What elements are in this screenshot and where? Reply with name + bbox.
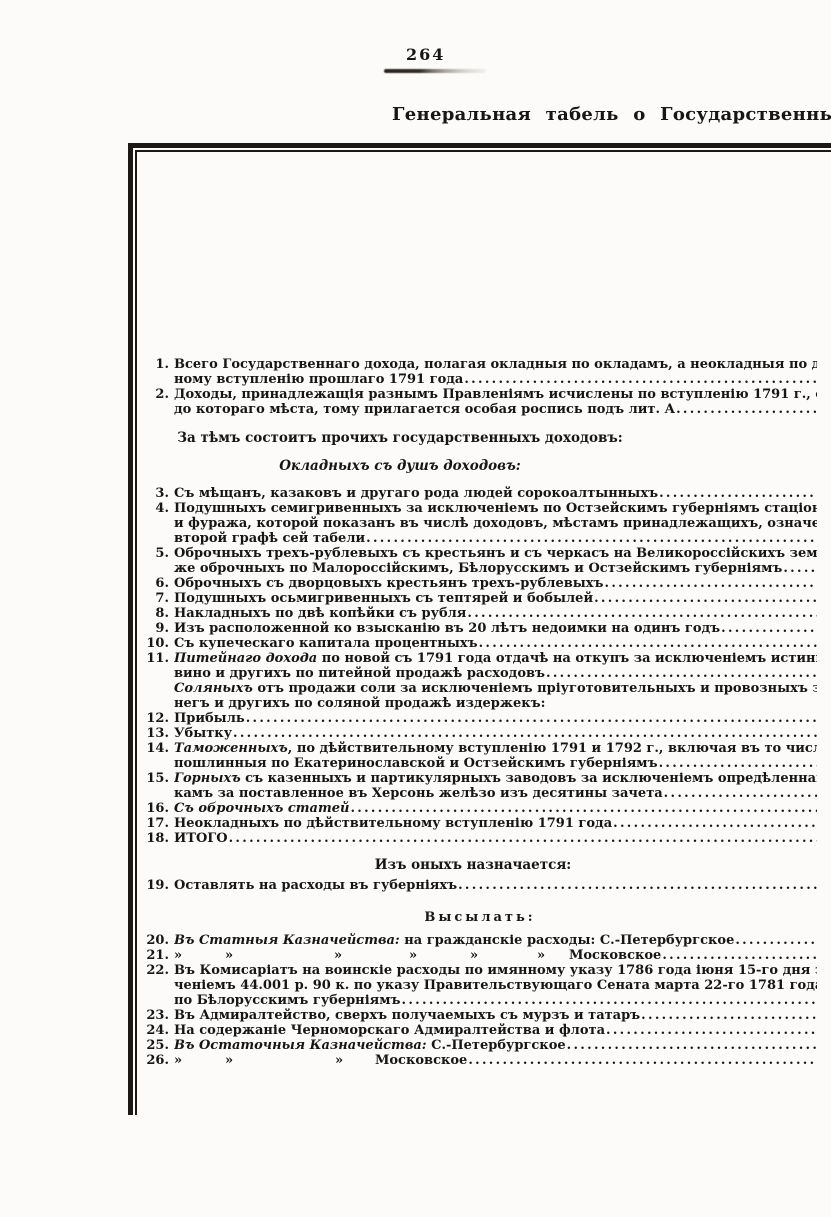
item-text: пошлинныя по Екатеринославской и Остзейс… (174, 756, 817, 771)
item-number (140, 681, 174, 696)
item-text-segment: Подушныхъ семигривенныхъ за исключеніемъ… (174, 501, 817, 516)
list-item: 10.Съ купеческаго капитала процентныхъ..… (140, 636, 817, 651)
item-line: 14.Таможенныхъ, по дѣйствительному вступ… (140, 741, 817, 756)
ditto-mark: » (225, 948, 233, 963)
item-number (140, 756, 174, 771)
item-text: камъ за поставленное въ Херсонь желѣзо и… (174, 786, 817, 801)
section-heading: Высылать: (220, 910, 740, 926)
item-text: Въ Адмиралтейство, сверхъ получаемыхъ съ… (174, 1008, 817, 1023)
item-line: по Бѣлорусскимъ губерніямъ..............… (140, 993, 817, 1008)
item-line: 13.Убытку...............................… (140, 726, 817, 741)
item-line: 17.Неокладныхъ по дѣйствительному вступл… (140, 816, 817, 831)
item-number (140, 561, 174, 576)
item-text-segment: , по дѣйствительному вступленію 1791 и 1… (288, 741, 817, 756)
dot-leader: ........................................… (641, 1008, 817, 1023)
item-line: камъ за поставленное въ Херсонь желѣзо и… (140, 786, 817, 801)
item-line: 9.Изъ расположенной ко взысканію въ 20 л… (140, 621, 817, 636)
item-text: Убытку..................................… (174, 726, 817, 741)
item-number (140, 372, 174, 387)
list-item: 11.Питейнаго дохода по новой съ 1791 год… (140, 651, 817, 711)
item-line: 3.Съ мѣщанъ, казаковъ и другаго рода люд… (140, 486, 817, 501)
item-text-segment: Оставлять на расходы въ губерніяхъ (174, 878, 457, 893)
list-item: 4.Подушныхъ семигривенныхъ за исключеніе… (140, 501, 817, 546)
section-heading: Изъ оныхъ назначается: (213, 857, 733, 874)
dot-leader: ........................................… (366, 531, 817, 546)
item-line: 26.»»»Московское........................… (140, 1053, 817, 1068)
item-number (140, 786, 174, 801)
item-number: 24. (140, 1023, 174, 1038)
list-item: 6.Оброчныхъ съ дворцовыхъ крестьянъ трех… (140, 576, 817, 591)
item-text-segment: Убытку (174, 726, 232, 741)
item-number: 19. (140, 878, 174, 893)
item-line: 15.Горныхъ съ казенныхъ и партикулярныхъ… (140, 771, 817, 786)
dot-leader: ........................................… (546, 666, 817, 681)
item-text: Накладныхъ по двѣ копѣйки съ рубля......… (174, 606, 817, 621)
ditto-mark: » (174, 948, 182, 963)
item-text: Всего Государственнаго дохода, полагая о… (174, 357, 817, 372)
item-text-segment: и фуража, которой показанъ въ числѣ дохо… (174, 516, 817, 531)
item-line: 23.Въ Адмиралтейство, сверхъ получаемыхъ… (140, 1008, 817, 1023)
dot-leader: ........................................… (735, 933, 817, 948)
item-number (140, 516, 174, 531)
item-text-segment: Московское (569, 948, 661, 963)
item-number: 3. (140, 486, 174, 501)
item-text-segment: камъ за поставленное въ Херсонь желѣзо и… (174, 786, 663, 801)
list-item: 14.Таможенныхъ, по дѣйствительному вступ… (140, 741, 817, 771)
item-line: до котораго мѣста, тому прилагается особ… (140, 402, 817, 417)
dot-leader: ........................................… (594, 591, 817, 606)
item-text-segment: же оброчныхъ по Малороссійскимъ, Бѣлорус… (174, 561, 782, 576)
item-text-segment: по Бѣлорусскимъ губерніямъ (174, 993, 401, 1008)
ditto-mark: » (335, 1053, 343, 1068)
item-line: 24.На содержаніе Черноморскаго Адмиралте… (140, 1023, 817, 1038)
item-text-segment: второй графѣ сей табели (174, 531, 365, 546)
item-text-segment: негъ и другихъ по соляной продажѣ издерж… (174, 696, 545, 711)
item-number: 6. (140, 576, 174, 591)
item-line: 21.»»»»»»Московское.....................… (140, 948, 817, 963)
item-number: 15. (140, 771, 174, 786)
item-text: Оброчныхъ трехъ-рублевыхъ съ крестьянъ и… (174, 546, 817, 561)
item-line: второй графѣ сей табели.................… (140, 531, 817, 546)
ditto-mark: » (470, 948, 478, 963)
item-text: Съ мѣщанъ, казаковъ и другаго рода людей… (174, 486, 817, 501)
item-line: ному вступленію прошлаго 1791 года......… (140, 372, 817, 387)
item-text-segment: Съ оброчныхъ статей (174, 801, 349, 816)
section-heading: За тѣмъ состоитъ прочихъ государственных… (140, 430, 660, 447)
item-text: же оброчныхъ по Малороссійскимъ, Бѣлорус… (174, 561, 817, 576)
item-number: 12. (140, 711, 174, 726)
document-title: Генеральная табель о Государственныхъ д (392, 104, 831, 125)
item-number (140, 993, 174, 1008)
item-text: Питейнаго дохода по новой съ 1791 года о… (174, 651, 817, 666)
item-text: ному вступленію прошлаго 1791 года......… (174, 372, 817, 387)
list-item: 7.Подушныхъ осьмигривенныхъ съ тептярей … (140, 591, 817, 606)
page-number-rule (384, 69, 486, 73)
item-text: Таможенныхъ, по дѣйствительному вступлен… (174, 741, 817, 756)
dot-leader: ........................................… (662, 948, 817, 963)
item-text-segment: на гражданскіе расходы: С.-Петербургское (400, 933, 735, 948)
item-line: 8.Накладныхъ по двѣ копѣйки съ рубля....… (140, 606, 817, 621)
item-number: 11. (140, 651, 174, 666)
item-text: Въ Комисаріатъ на воинскіе расходы по им… (174, 963, 817, 978)
ditto-mark: » (537, 948, 545, 963)
item-line: 2.Доходы, принадлежащія разнымъ Правлені… (140, 387, 817, 402)
item-text-segment: Съ купеческаго капитала процентныхъ (174, 636, 478, 651)
item-line: 6.Оброчныхъ съ дворцовыхъ крестьянъ трех… (140, 576, 817, 591)
item-text-segment: Накладныхъ по двѣ копѣйки съ рубля (174, 606, 466, 621)
ditto-mark: » (225, 1053, 233, 1068)
item-number (140, 531, 174, 546)
item-text-segment: Оброчныхъ трехъ-рублевыхъ съ крестьянъ и… (174, 546, 817, 561)
item-line: 22.Въ Комисаріатъ на воинскіе расходы по… (140, 963, 817, 978)
dot-leader: ........................................… (606, 1023, 817, 1038)
item-text: Изъ расположенной ко взысканію въ 20 лѣт… (174, 621, 817, 636)
item-text-segment: Таможенныхъ (174, 741, 288, 756)
list-item: 17.Неокладныхъ по дѣйствительному вступл… (140, 816, 817, 831)
dot-leader: ........................................… (676, 402, 817, 417)
item-text: Въ Статныя Казначейства: на гражданскіе … (174, 933, 817, 948)
item-text: ченіемъ 44.001 р. 90 к. по указу Правите… (174, 978, 817, 993)
item-line: 5.Оброчныхъ трехъ-рублевыхъ съ крестьянъ… (140, 546, 817, 561)
dot-leader: ........................................… (659, 756, 817, 771)
list-item: 2.Доходы, принадлежащія разнымъ Правлені… (140, 387, 817, 417)
list-item: 8.Накладныхъ по двѣ копѣйки съ рубля....… (140, 606, 817, 621)
item-text: по Бѣлорусскимъ губерніямъ..............… (174, 993, 817, 1008)
ditto-mark: » (409, 948, 417, 963)
item-text-segment: по новой съ 1791 года отдачѣ на откупъ з… (317, 651, 817, 666)
item-text: и фуража, которой показанъ въ числѣ дохо… (174, 516, 817, 531)
list-item: 24.На содержаніе Черноморскаго Адмиралте… (140, 1023, 817, 1038)
item-text-segment: Питейнаго дохода (174, 651, 317, 666)
item-line: 4.Подушныхъ семигривенныхъ за исключеніе… (140, 501, 817, 516)
item-line: 1.Всего Государственнаго дохода, полагая… (140, 357, 817, 372)
item-text: Неокладныхъ по дѣйствительному вступлені… (174, 816, 817, 831)
ditto-mark: » (174, 1053, 182, 1068)
item-text-segment: Московское (375, 1053, 467, 1068)
item-number: 8. (140, 606, 174, 621)
dot-leader: ........................................… (233, 726, 817, 741)
item-text: до котораго мѣста, тому прилагается особ… (174, 402, 817, 417)
item-text-segment: Въ Статныя Казначейства: (174, 933, 400, 948)
section-heading: Окладныхъ съ душъ доходовъ: (140, 458, 660, 474)
list-item: 5.Оброчныхъ трехъ-рублевыхъ съ крестьянъ… (140, 546, 817, 576)
item-text-segment: ИТОГО (174, 831, 228, 846)
list-item: 12.Прибыль..............................… (140, 711, 817, 726)
item-text-segment: На содержаніе Черноморскаго Адмиралтейст… (174, 1023, 605, 1038)
item-text-segment: до котораго мѣста, тому прилагается особ… (174, 402, 675, 417)
item-number: 25. (140, 1038, 174, 1053)
item-number: 22. (140, 963, 174, 978)
item-text: негъ и другихъ по соляной продажѣ издерж… (174, 696, 817, 711)
item-text: Горныхъ съ казенныхъ и партикулярныхъ за… (174, 771, 817, 786)
dot-leader: ........................................… (659, 486, 817, 501)
item-line: вино и другихъ по питейной продажѣ расхо… (140, 666, 817, 681)
item-text-segment: Горныхъ (174, 771, 241, 786)
item-number (140, 402, 174, 417)
item-number: 16. (140, 801, 174, 816)
item-line: 7.Подушныхъ осьмигривенныхъ съ тептярей … (140, 591, 817, 606)
item-text: вино и другихъ по питейной продажѣ расхо… (174, 666, 817, 681)
dot-leader: ........................................… (458, 878, 817, 893)
item-number: 2. (140, 387, 174, 402)
list-item: 20.Въ Статныя Казначейства: на гражданск… (140, 933, 817, 948)
list-item: 16.Съ оброчныхъ статей..................… (140, 801, 817, 816)
list-item: 1.Всего Государственнаго дохода, полагая… (140, 357, 817, 387)
list-item: 18.ИТОГО................................… (140, 831, 817, 846)
item-text-segment: ному вступленію прошлаго 1791 года (174, 372, 463, 387)
item-text: Подушныхъ семигривенныхъ за исключеніемъ… (174, 501, 817, 516)
dot-leader: ........................................… (664, 786, 817, 801)
item-text-segment: Подушныхъ осьмигривенныхъ съ тептярей и … (174, 591, 593, 606)
item-line: 11.Питейнаго дохода по новой съ 1791 год… (140, 651, 817, 666)
item-line: ченіемъ 44.001 р. 90 к. по указу Правите… (140, 978, 817, 993)
item-text: Съ купеческаго капитала процентныхъ.....… (174, 636, 817, 651)
dot-leader: ........................................… (567, 1038, 817, 1053)
items-list: 1.Всего Государственнаго дохода, полагая… (140, 357, 817, 1068)
item-text-segment: Доходы, принадлежащія разнымъ Правленіям… (174, 387, 817, 402)
item-text: Доходы, принадлежащія разнымъ Правленіям… (174, 387, 817, 402)
dot-leader: ........................................… (229, 831, 817, 846)
item-text-segment: Въ Комисаріатъ на воинскіе расходы по им… (174, 963, 817, 978)
list-item: 15.Горныхъ съ казенныхъ и партикулярныхъ… (140, 771, 817, 801)
item-text: Въ Остаточныя Казначейства: С.-Петербург… (174, 1038, 817, 1053)
item-number: 9. (140, 621, 174, 636)
item-number: 20. (140, 933, 174, 948)
item-text: ИТОГО...................................… (174, 831, 817, 846)
item-number: 1. (140, 357, 174, 372)
dot-leader: ........................................… (605, 576, 817, 591)
item-line: и фуража, которой показанъ въ числѣ дохо… (140, 516, 817, 531)
list-item: 19.Оставлять на расходы въ губерніяхъ...… (140, 878, 817, 893)
item-text-segment: ченіемъ 44.001 р. 90 к. по указу Правите… (174, 978, 817, 993)
item-number: 13. (140, 726, 174, 741)
item-number: 5. (140, 546, 174, 561)
item-text-segment: Оброчныхъ съ дворцовыхъ крестьянъ трехъ-… (174, 576, 604, 591)
item-text: Оставлять на расходы въ губерніяхъ......… (174, 878, 817, 893)
dot-leader: ........................................… (350, 801, 817, 816)
item-text-segment: Соляныхъ (174, 681, 253, 696)
item-number (140, 978, 174, 993)
item-text-segment: Въ Адмиралтейство, сверхъ получаемыхъ съ… (174, 1008, 640, 1023)
dot-leader: ........................................… (464, 372, 817, 387)
list-item: 9.Изъ расположенной ко взысканію въ 20 л… (140, 621, 817, 636)
scanned-document-page: { "page_number": "264", "title": "Генера… (0, 0, 831, 1217)
ditto-mark: » (334, 948, 342, 963)
item-text-segment: отъ продажи соли за исключеніемъ пріугот… (253, 681, 817, 696)
item-number: 21. (140, 948, 174, 963)
dot-leader: ........................................… (613, 816, 817, 831)
item-text: »»»»»»Московское........................… (174, 948, 817, 963)
item-number: 18. (140, 831, 174, 846)
dot-leader: ........................................… (402, 993, 817, 1008)
item-number: 17. (140, 816, 174, 831)
item-text: Прибыль.................................… (174, 711, 817, 726)
item-text: второй графѣ сей табели.................… (174, 531, 817, 546)
item-number: 7. (140, 591, 174, 606)
item-line: 18.ИТОГО................................… (140, 831, 817, 846)
item-number: 4. (140, 501, 174, 516)
dot-leader: ........................................… (479, 636, 817, 651)
list-item: 22.Въ Комисаріатъ на воинскіе расходы по… (140, 963, 817, 1008)
list-item: 21.»»»»»»Московское.....................… (140, 948, 817, 963)
item-text-segment: съ казенныхъ и партикулярныхъ заводовъ з… (241, 771, 817, 786)
item-number: 23. (140, 1008, 174, 1023)
list-item: 26.»»»Московское........................… (140, 1053, 817, 1068)
item-text-segment: Неокладныхъ по дѣйствительному вступлені… (174, 816, 612, 831)
dot-leader: ........................................… (783, 561, 817, 576)
item-line: 12.Прибыль..............................… (140, 711, 817, 726)
item-text-segment: Въ Остаточныя Казначейства: (174, 1038, 427, 1053)
item-number (140, 696, 174, 711)
item-number (140, 666, 174, 681)
dot-leader: ........................................… (721, 621, 817, 636)
item-line: негъ и другихъ по соляной продажѣ издерж… (140, 696, 817, 711)
item-text: На содержаніе Черноморскаго Адмиралтейст… (174, 1023, 817, 1038)
item-text-segment: пошлинныя по Екатеринославской и Остзейс… (174, 756, 658, 771)
item-line: Соляныхъ отъ продажи соли за исключеніем… (140, 681, 817, 696)
item-line: 25.Въ Остаточныя Казначейства: С.-Петерб… (140, 1038, 817, 1053)
item-line: 19.Оставлять на расходы въ губерніяхъ...… (140, 878, 817, 893)
item-line: 20.Въ Статныя Казначейства: на гражданск… (140, 933, 817, 948)
page-number: 264 (406, 45, 445, 64)
list-item: 13.Убытку...............................… (140, 726, 817, 741)
item-text-segment: вино и другихъ по питейной продажѣ расхо… (174, 666, 545, 681)
item-text-segment: Изъ расположенной ко взысканію въ 20 лѣт… (174, 621, 720, 636)
item-line: же оброчныхъ по Малороссійскимъ, Бѣлорус… (140, 561, 817, 576)
list-item: 3.Съ мѣщанъ, казаковъ и другаго рода люд… (140, 486, 817, 501)
item-text: Подушныхъ осьмигривенныхъ съ тептярей и … (174, 591, 817, 606)
item-line: пошлинныя по Екатеринославской и Остзейс… (140, 756, 817, 771)
item-text-segment: С.-Петербургское (427, 1038, 566, 1053)
list-item: 23.Въ Адмиралтейство, сверхъ получаемыхъ… (140, 1008, 817, 1023)
item-line: 16.Съ оброчныхъ статей..................… (140, 801, 817, 816)
item-text: Соляныхъ отъ продажи соли за исключеніем… (174, 681, 817, 696)
item-text: »»»Московское...........................… (174, 1053, 817, 1068)
dot-leader: ........................................… (467, 606, 817, 621)
item-text: Съ оброчныхъ статей.....................… (174, 801, 817, 816)
item-number: 26. (140, 1053, 174, 1068)
dot-leader: ........................................… (468, 1053, 817, 1068)
item-line: 10.Съ купеческаго капитала процентныхъ..… (140, 636, 817, 651)
item-text: Оброчныхъ съ дворцовыхъ крестьянъ трехъ-… (174, 576, 817, 591)
item-text-segment: Прибыль (174, 711, 245, 726)
dot-leader: ........................................… (246, 711, 817, 726)
ditto-marks: »»» (174, 1053, 375, 1068)
item-number: 10. (140, 636, 174, 651)
list-item: 25.Въ Остаточныя Казначейства: С.-Петерб… (140, 1038, 817, 1053)
item-text-segment: Всего Государственнаго дохода, полагая о… (174, 357, 817, 372)
item-text-segment: Съ мѣщанъ, казаковъ и другаго рода людей… (174, 486, 658, 501)
ditto-marks: »»»»»» (174, 948, 569, 963)
item-number: 14. (140, 741, 174, 756)
